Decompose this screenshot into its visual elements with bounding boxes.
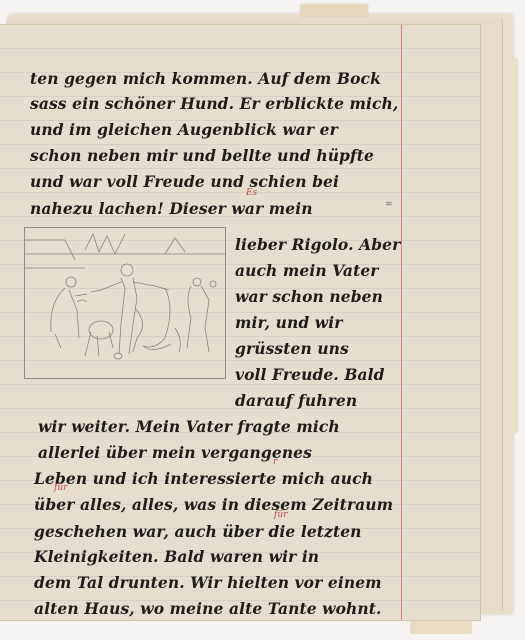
text-line-3: und im gleichen Augenblick war er [30, 120, 338, 139]
text-line-18: geschehen war, auch über die letzten [34, 522, 362, 541]
notebook-page: ten gegen mich kommen. Auf dem Bock sass… [0, 24, 481, 621]
correction-es: Es [246, 188, 257, 198]
text-line-16: Leben und ich interessierte mich auch [34, 469, 373, 488]
text-line-13: darauf fuhren [235, 391, 357, 410]
correction-fur-2: für [274, 510, 287, 520]
text-line-6: nahezu lachen! Dieser war mein [30, 199, 313, 218]
paper-tab-top [300, 4, 368, 16]
text-line-21: alten Haus, wo meine alte Tante wohnt. [34, 599, 382, 618]
text-line-12: voll Freude. Bald [235, 365, 385, 384]
text-line-19: Kleinigkeiten. Bald waren wir in [34, 547, 319, 566]
text-line-11: grüssten uns [235, 339, 349, 358]
paper-tab-bottom [410, 620, 472, 634]
text-line-15: allerlei über mein vergangenes [38, 443, 312, 462]
text-line-14: wir weiter. Mein Vater fragte mich [38, 417, 340, 436]
text-line-20: dem Tal drunten. Wir hielten vor einem [34, 573, 382, 592]
sled-dogs-sketch-icon [25, 228, 225, 378]
text-line-10: mir, und wir [235, 313, 343, 332]
paper-tab-right [507, 58, 517, 433]
text-line-4: schon neben mir und bellte und hüpfte [30, 146, 374, 165]
text-line-2: sass ein schöner Hund. Er erblickte mich… [30, 94, 398, 113]
pencil-illustration [24, 227, 226, 379]
margin-mark: = [385, 200, 393, 210]
margin-line [401, 25, 402, 620]
text-line-5: und war voll Freude und schien bei [30, 172, 339, 191]
text-line-8: auch mein Vater [235, 261, 379, 280]
text-line-9: war schon neben [235, 287, 383, 306]
text-line-1: ten gegen mich kommen. Auf dem Bock [30, 69, 381, 88]
correction-r: r [273, 457, 277, 467]
text-line-17: über alles, alles, was in diesem Zeitrau… [34, 495, 393, 514]
correction-fur-1: für [54, 483, 67, 493]
text-line-7: lieber Rigolo. Aber [235, 235, 400, 254]
